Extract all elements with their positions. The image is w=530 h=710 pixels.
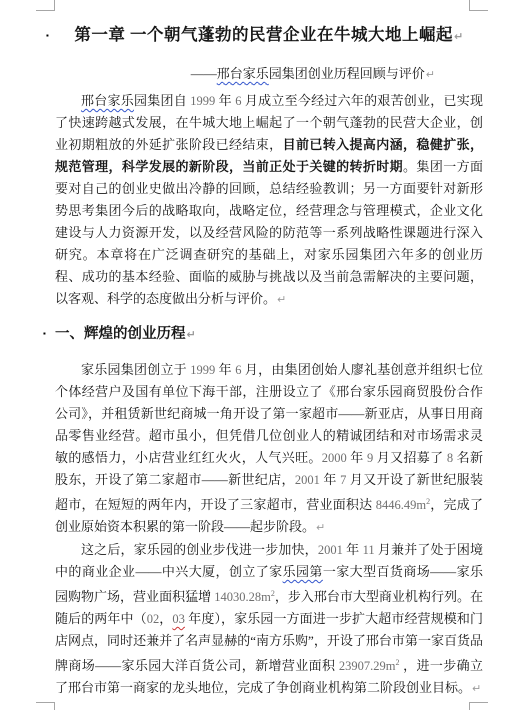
history-paragraph-2: 这之后，家乐园的创业步伐进一步加快，2001 年 11 月兼并了处于困境中的商业… <box>55 539 483 700</box>
paragraph-mark-icon: ↵ <box>316 521 325 534</box>
paragraph-mark-icon: ↵ <box>187 328 196 341</box>
text-run: 03 <box>172 612 185 626</box>
text-run: 年 <box>323 472 336 487</box>
text-run: 6 <box>232 363 245 377</box>
margin-crop-mark-top-left <box>36 0 55 11</box>
text-run: 11 <box>359 543 378 557</box>
margin-crop-mark-bottom-right <box>469 702 488 710</box>
text-run: 1999 <box>187 94 219 108</box>
text-run: 月又招募了 <box>377 450 444 465</box>
text-run: 邢台家乐 <box>81 93 134 108</box>
text-run: 02 <box>147 612 160 626</box>
text-run: 23907.29m <box>339 659 396 673</box>
text-run: 1999 <box>187 363 219 377</box>
text-run: 一、辉煌的创业历程 <box>55 326 186 342</box>
text-run: 这之后，家乐园的创业步伐进一步加快， <box>81 542 318 557</box>
text-run: 7 <box>337 473 350 487</box>
text-run: 年 <box>350 450 363 465</box>
intro-paragraph: 邢台家乐园集团自 1999 年 6 月成立至今经过六年的艰苦创业，已实现了快速跨… <box>55 90 483 311</box>
text-run: 6 <box>232 94 245 108</box>
text-run: 2001 <box>295 473 323 487</box>
section-heading-text: 一、辉煌的创业历程↵ <box>55 326 196 342</box>
document-subtitle-text: ――邢台家乐园集团创业历程回顾与评价↵ <box>191 66 435 81</box>
page-text-area: ▪ 第一章 一个朝气蓬勃的民营企业在牛城大地上崛起↵ ――邢台家乐园集团创业历程… <box>55 0 483 700</box>
text-run: 园集团创业历程回顾与评价 <box>269 66 425 81</box>
text-run: 年 <box>219 362 232 377</box>
chapter-title-text: 第一章 一个朝气蓬勃的民营企业在牛城大地上崛起↵ <box>74 25 463 44</box>
text-run: 园集团自 <box>134 93 187 108</box>
text-run: 乐园第 <box>283 564 323 579</box>
paragraph-mark-icon: ↵ <box>426 68 435 81</box>
section-heading: ▪ 一、辉煌的创业历程↵ <box>55 323 483 346</box>
paragraph-mark-icon: ↵ <box>472 682 481 695</box>
text-run: 家乐园集团创立于 <box>81 362 187 377</box>
text-run: 14030.28m <box>211 590 271 604</box>
paragraph-mark-icon: ↵ <box>277 293 286 306</box>
text-run: 8 <box>443 451 456 465</box>
outline-bullet-icon: ▪ <box>43 330 46 338</box>
text-run: 年 <box>346 542 359 557</box>
document-subtitle: ――邢台家乐园集团创业历程回顾与评价↵ <box>55 64 483 85</box>
text-run: 邢台家乐 <box>217 66 269 81</box>
text-run: 9 <box>364 451 377 465</box>
paragraph-mark-icon: ↵ <box>454 30 464 43</box>
text-run: 。集团一方面要对自己的创业史做出冷静的回顾，总结经验教训；另一方面要针对新形势思… <box>55 159 483 306</box>
chapter-title: ▪ 第一章 一个朝气蓬勃的民营企业在牛城大地上崛起↵ <box>55 23 483 49</box>
text-run: 2000 <box>322 451 350 465</box>
document-page: { "document": { "title": { "runs": [ {"t… <box>0 0 530 710</box>
text-run: 第一章 一个朝气蓬勃的民营企业在牛城大地上崛起 <box>74 25 453 44</box>
text-run: 年 <box>219 93 232 108</box>
text-run: ， <box>159 611 172 626</box>
text-run: 2001 <box>318 543 346 557</box>
outline-bullet-icon: ▪ <box>46 32 49 40</box>
text-run: 8446.49m <box>372 498 426 512</box>
margin-crop-mark-bottom-left <box>36 702 55 710</box>
history-paragraph-1: 家乐园集团创立于 1999 年 6 月，由集团创始人廖礼基创意并组织七位个体经营… <box>55 359 483 539</box>
text-run: ―― <box>191 66 217 81</box>
